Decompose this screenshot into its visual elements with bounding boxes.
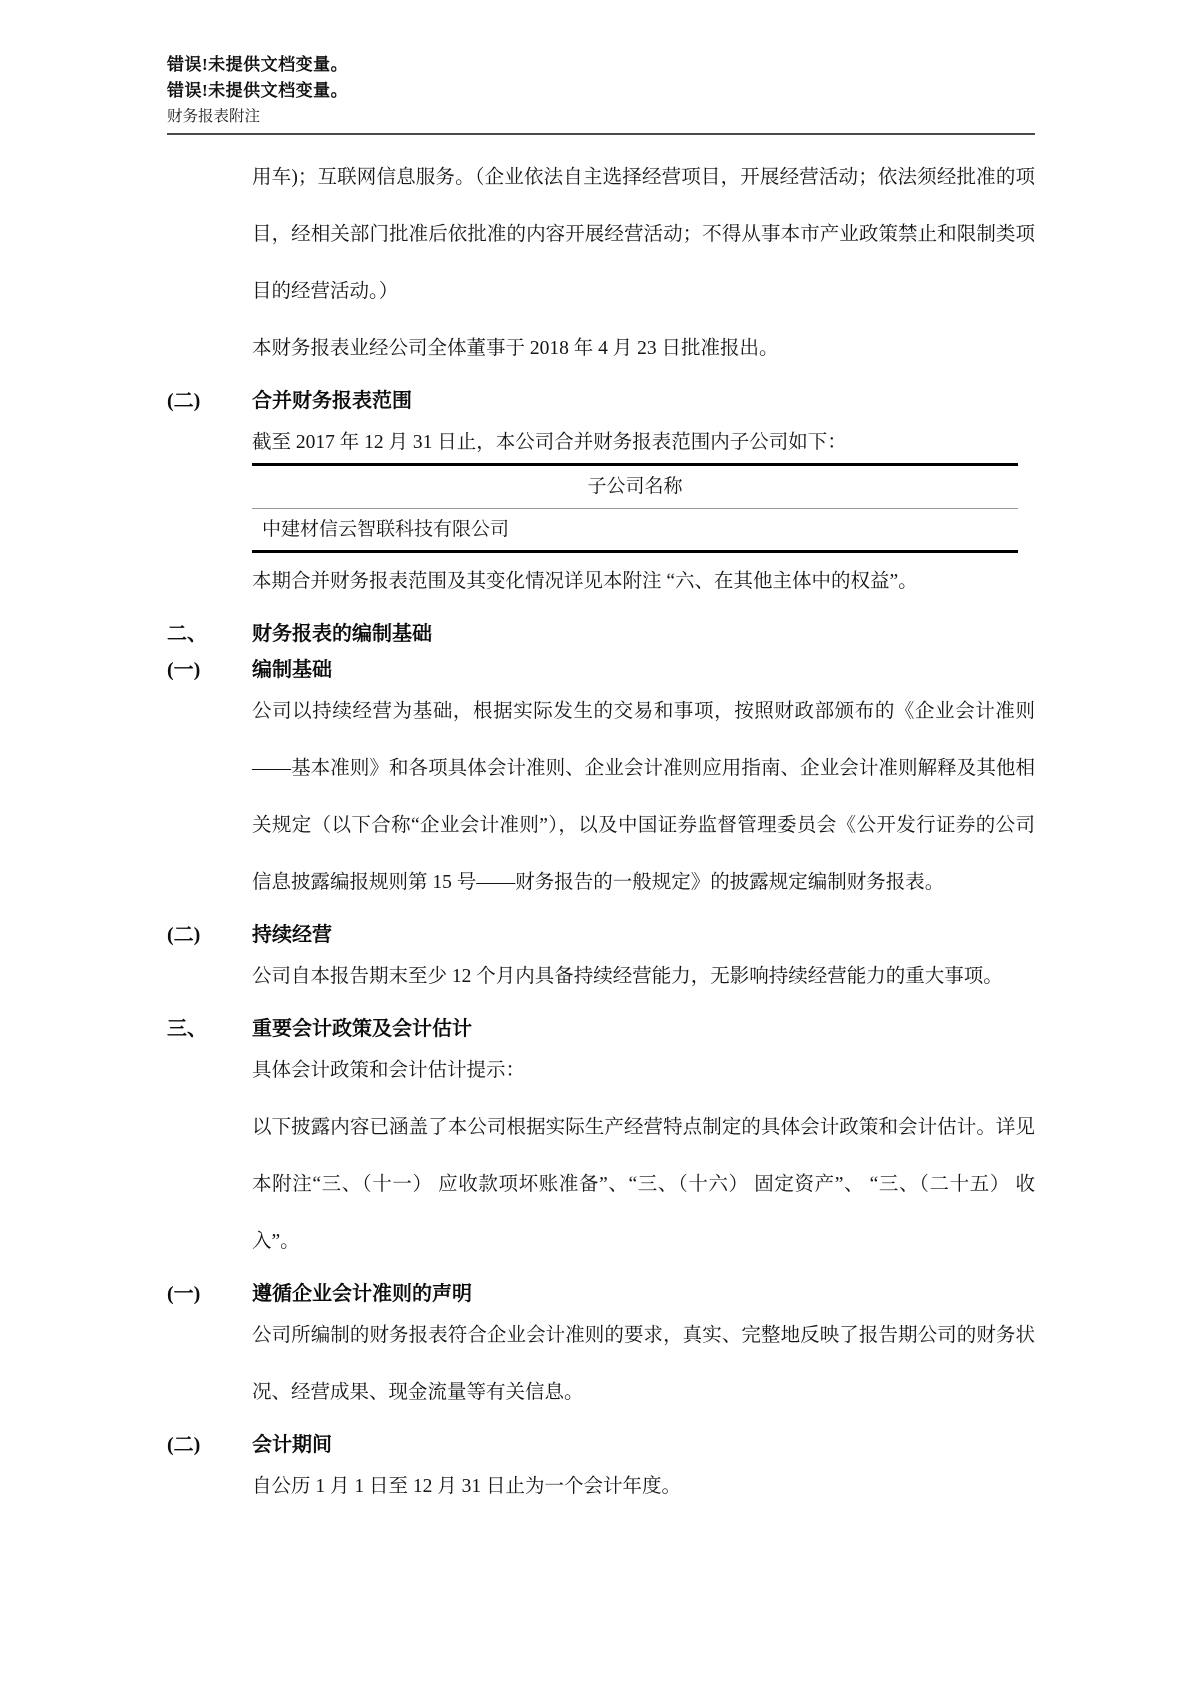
subsidiary-table-header: 子公司名称 [252, 466, 1018, 509]
paragraph-approval-date: 本财务报表业经公司全体董事于 2018 年 4 月 23 日批准报出。 [252, 320, 1035, 377]
paragraph-accounting-period: 自公历 1 月 1 日至 12 月 31 日止为一个会计年度。 [252, 1458, 1035, 1515]
heading-title: 重要会计政策及会计估计 [252, 1014, 1035, 1044]
header-divider [167, 133, 1035, 135]
paragraph-business-scope: 用车)；互联网信息服务。（企业依法自主选择经营项目，开展经营活动；依法须经批准的… [252, 149, 1035, 320]
heading-number: (一) [167, 1279, 252, 1309]
heading-title: 合并财务报表范围 [252, 386, 1035, 416]
document-body: 用车)；互联网信息服务。（企业依法自主选择经营项目，开展经营活动；依法须经批准的… [167, 149, 1035, 1515]
heading-accounting-period: (二) 会计期间 [167, 1430, 1035, 1460]
heading-number: 二、 [167, 619, 252, 649]
paragraph-policy-detail: 以下披露内容已涵盖了本公司根据实际生产经营特点制定的具体会计政策和会计估计。详见… [252, 1099, 1035, 1270]
heading-number: 三、 [167, 1014, 252, 1044]
heading-title: 持续经营 [252, 920, 1035, 950]
subsidiary-table-row: 中建材信云智联科技有限公司 [252, 509, 1018, 550]
subsidiary-table: 子公司名称 中建材信云智联科技有限公司 [252, 463, 1018, 553]
heading-number: (二) [167, 386, 252, 416]
heading-title: 编制基础 [252, 655, 1035, 685]
heading-compliance-statement: (一) 遵循企业会计准则的声明 [167, 1279, 1035, 1309]
paragraph-going-concern: 公司自本报告期末至少 12 个月内具备持续经营能力，无影响持续经营能力的重大事项… [252, 948, 1035, 1005]
running-header: 错误!未提供文档变量。 错误!未提供文档变量。 财务报表附注 [167, 52, 1035, 135]
document-page: 错误!未提供文档变量。 错误!未提供文档变量。 财务报表附注 用车)；互联网信息… [0, 0, 1200, 1696]
heading-title: 会计期间 [252, 1430, 1035, 1460]
heading-title: 财务报表的编制基础 [252, 619, 1035, 649]
heading-accounting-policies-section: 三、 重要会计政策及会计估计 [167, 1014, 1035, 1044]
heading-consolidation-scope: (二) 合并财务报表范围 [167, 386, 1035, 416]
paragraph-scope-note: 本期合并财务报表范围及其变化情况详见本附注 “六、在其他主体中的权益”。 [252, 553, 1035, 610]
paragraph-preparation-basis: 公司以持续经营为基础，根据实际发生的交易和事项，按照财政部颁布的《企业会计准则—… [252, 683, 1035, 911]
heading-number: (二) [167, 1430, 252, 1460]
header-error-line-2: 错误!未提供文档变量。 [167, 78, 1035, 104]
paragraph-policy-hint: 具体会计政策和会计估计提示： [252, 1042, 1035, 1099]
heading-going-concern: (二) 持续经营 [167, 920, 1035, 950]
paragraph-compliance: 公司所编制的财务报表符合企业会计准则的要求，真实、完整地反映了报告期公司的财务状… [252, 1307, 1035, 1421]
heading-number: (一) [167, 655, 252, 685]
heading-preparation-basis: (一) 编制基础 [167, 655, 1035, 685]
header-page-note: 财务报表附注 [167, 104, 1035, 129]
heading-preparation-basis-section: 二、 财务报表的编制基础 [167, 619, 1035, 649]
heading-number: (二) [167, 920, 252, 950]
header-error-line-1: 错误!未提供文档变量。 [167, 52, 1035, 78]
heading-title: 遵循企业会计准则的声明 [252, 1279, 1035, 1309]
